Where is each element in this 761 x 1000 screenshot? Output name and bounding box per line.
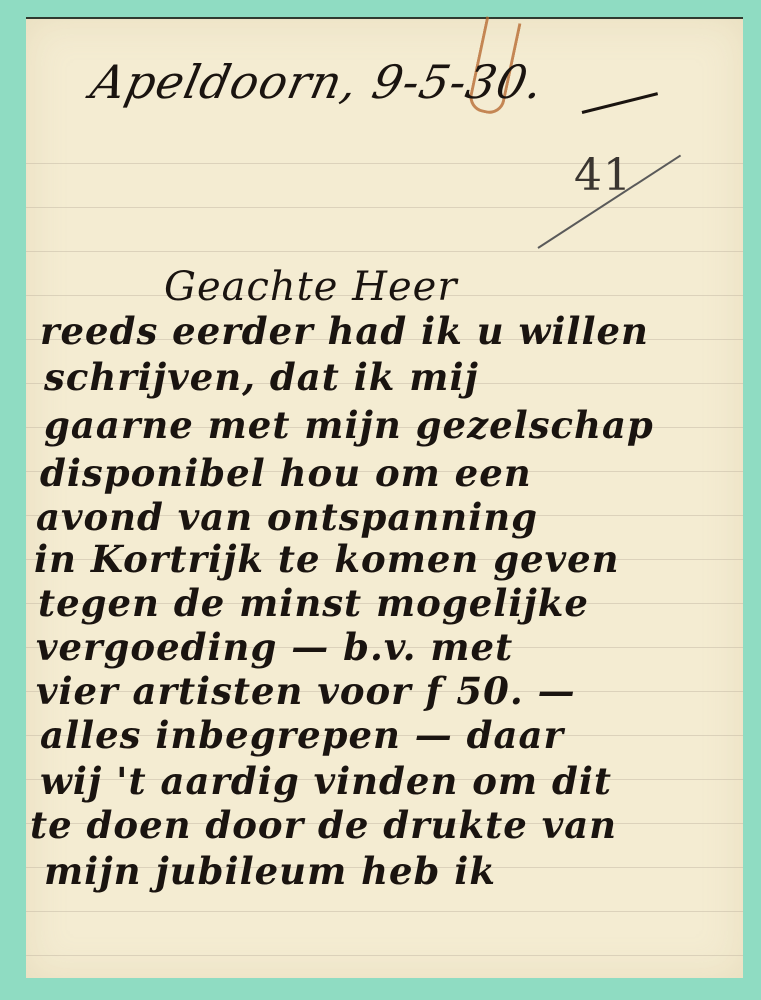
letter-line: mijn jubileum heb ik: [44, 853, 496, 890]
letter-line: vier artisten voor f 50. —: [36, 673, 576, 710]
place-date: Apeldoorn, 9-5-30.: [87, 59, 548, 105]
ruled-line: [26, 955, 743, 956]
ruled-line: [26, 163, 743, 164]
letter-line: avond van ontspanning: [36, 499, 538, 536]
letter-page: Apeldoorn, 9-5-30. 41 Geachte Heer reeds…: [26, 17, 743, 978]
letter-line: te doen door de drukte van: [30, 807, 617, 844]
letter-line: schrijven, dat ik mij: [44, 359, 479, 396]
salutation: Geachte Heer: [164, 267, 457, 307]
ruled-line: [26, 251, 743, 252]
letter-line: tegen de minst mogelijke: [38, 585, 589, 622]
letter-line: in Kortrijk te komen geven: [34, 541, 620, 578]
letter-line: gaarne met mijn gezelschap: [44, 407, 654, 444]
ruled-line: [26, 911, 743, 912]
letter-line: disponibel hou om een: [40, 455, 532, 492]
ruled-line: [26, 207, 743, 208]
letter-line: wij 't aardig vinden om dit: [40, 763, 612, 800]
date-underline: [582, 92, 658, 114]
letter-line: alles inbegrepen — daar: [40, 717, 564, 754]
letter-line: vergoeding — b.v. met: [36, 629, 513, 666]
letter-line: reeds eerder had ik u willen: [40, 313, 649, 350]
